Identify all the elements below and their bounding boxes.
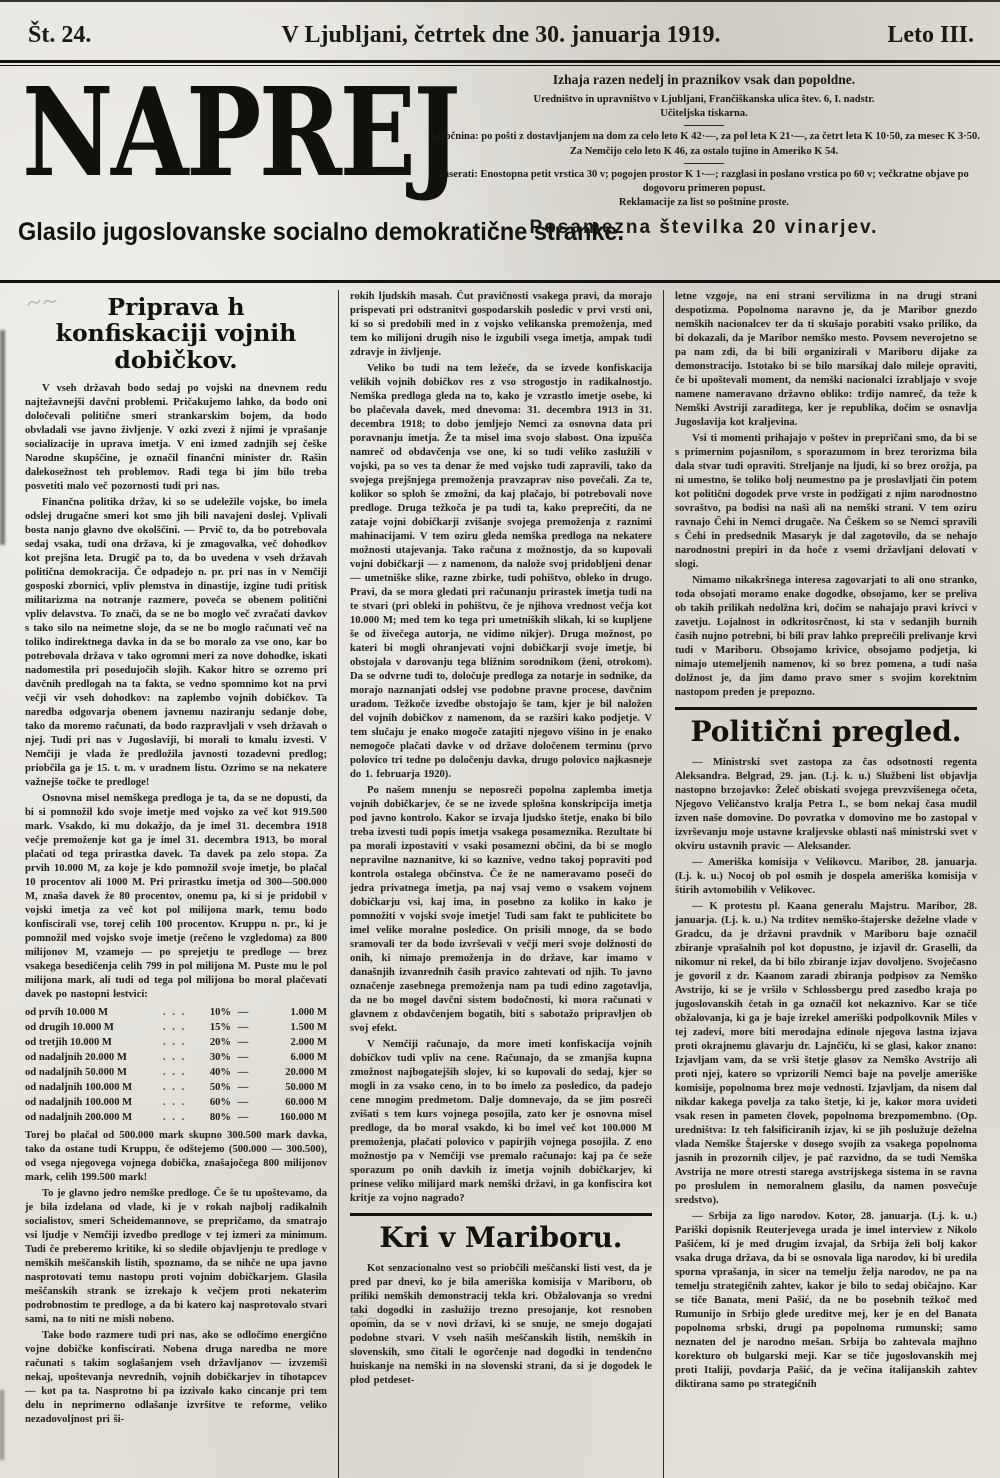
- body-paragraph: Po našem mnenju se neposreči popolna zap…: [350, 784, 652, 1036]
- section-divider: [350, 1213, 652, 1216]
- dot-leader: . . . . . . . . . .: [163, 1035, 191, 1050]
- article-headline: Politični pregled.: [683, 716, 969, 747]
- tax-bracket: od nadaljnih 100.000 M: [25, 1080, 163, 1095]
- tax-scale-row: od nadaljnih 50.000 M. . . . . . . . . .…: [25, 1065, 327, 1080]
- dot-leader: . . . . . . . . . .: [163, 1095, 191, 1110]
- dash-separator: —: [231, 1080, 255, 1095]
- tax-rate: 80%: [191, 1110, 231, 1125]
- body-paragraph: Kot senzacionalno vest so priobčili mešč…: [350, 1262, 652, 1388]
- section-divider: [675, 707, 977, 710]
- publication-info-panel: Izhaja razen nedelj in praznikov vsak da…: [422, 72, 986, 239]
- publication-schedule: Izhaja razen nedelj in praznikov vsak da…: [422, 72, 986, 88]
- body-paragraph: Take bodo razmere tudi pri nas, ako se o…: [25, 1329, 327, 1427]
- body-paragraph: V Nemčiji računajo, da more imeti konfis…: [350, 1038, 652, 1206]
- tax-amount: 20.000 M: [255, 1065, 327, 1080]
- page-header: Št. 24. V Ljubljani, četrtek dne 30. jan…: [28, 22, 974, 49]
- body-paragraph: Finančna politika držav, ki so se udelež…: [25, 496, 327, 790]
- dateline: V Ljubljani, četrtek dne 30. januarja 19…: [198, 22, 804, 49]
- column-1: Priprava h konfiskaciji vojnih dobičkov.…: [25, 290, 339, 1478]
- printer-name: Učiteljska tiskarna.: [422, 107, 986, 121]
- tax-amount: 50.000 M: [255, 1080, 327, 1095]
- tax-scale-row: od drugih 10.000 M. . . . . . . . . .15%…: [25, 1020, 327, 1035]
- body-paragraph: Nimamo nikakršnega interesa zagovarjati …: [675, 574, 977, 700]
- dash-separator: —: [231, 1020, 255, 1035]
- tax-bracket: od nadaljnih 50.000 M: [25, 1065, 163, 1080]
- dash-separator: —: [231, 1050, 255, 1065]
- tax-amount: 6.000 M: [255, 1050, 327, 1065]
- body-paragraph: Torej bo plačal od 500.000 mark skupno 3…: [25, 1129, 327, 1185]
- tax-amount: 160.000 M: [255, 1110, 327, 1125]
- dot-leader: . . . . . . . . . .: [163, 1080, 191, 1095]
- reclamation-notice: Reklamacije za list so poštnine proste.: [422, 196, 986, 210]
- dot-leader: . . . . . . . . . .: [163, 1005, 191, 1020]
- tax-rate: 10%: [191, 1005, 231, 1020]
- article-headline: Priprava h konfiskaciji vojnih dobičkov.: [33, 294, 319, 373]
- body-paragraph: letne vzgoje, na eni strani servilizma i…: [675, 290, 977, 430]
- dot-leader: . . . . . . . . . .: [163, 1050, 191, 1065]
- body-paragraph: — K protestu pl. Kaana generalu Majstru.…: [675, 900, 977, 1208]
- info-divider: [684, 163, 724, 164]
- tax-amount: 2.000 M: [255, 1035, 327, 1050]
- scan-edge-smudge: [0, 1390, 4, 1460]
- single-issue-price: Posamezna številka 20 vinarjev.: [422, 217, 986, 239]
- newspaper-front-page: Št. 24. V Ljubljani, četrtek dne 30. jan…: [0, 0, 1000, 1478]
- article-columns: Priprava h konfiskaciji vojnih dobičkov.…: [25, 290, 988, 1478]
- issue-number: Št. 24.: [28, 22, 198, 49]
- tax-bracket: od nadaljnih 200.000 M: [25, 1110, 163, 1125]
- body-paragraph: rokih ljudskih masah. Čut pravičnosti vs…: [350, 290, 652, 360]
- body-paragraph: To je glavno jedro nemške predloge. Če š…: [25, 1187, 327, 1327]
- dot-leader: . . . . . . . . . .: [163, 1065, 191, 1080]
- tax-rate: 20%: [191, 1035, 231, 1050]
- masthead: NAPREJ Glasilo jugoslovanske socialno de…: [0, 66, 1000, 283]
- body-paragraph: Veliko bo tudi na tem ležeče, da se izve…: [350, 362, 652, 782]
- scan-edge-smudge: [0, 330, 5, 545]
- body-paragraph: — Srbija za ligo narodov. Kotor, 28. jan…: [675, 1210, 977, 1392]
- info-divider: [684, 125, 724, 126]
- tax-scale-table: od prvih 10.000 M. . . . . . . . . .10%—…: [25, 1005, 327, 1125]
- dash-separator: —: [231, 1065, 255, 1080]
- volume-label: Leto III.: [804, 22, 974, 49]
- tax-rate: 40%: [191, 1065, 231, 1080]
- tax-scale-row: od nadaljnih 100.000 M. . . . . . . . . …: [25, 1095, 327, 1110]
- tax-scale-row: od tretjih 10.000 M. . . . . . . . . .20…: [25, 1035, 327, 1050]
- tax-bracket: od nadaljnih 20.000 M: [25, 1050, 163, 1065]
- tax-scale-row: od nadaljnih 100.000 M. . . . . . . . . …: [25, 1080, 327, 1095]
- tax-scale-row: od nadaljnih 200.000 M. . . . . . . . . …: [25, 1110, 327, 1125]
- advert-rates: Inserati: Enostopna petit vrstica 30 v; …: [422, 168, 986, 196]
- masthead-rule: [0, 280, 1000, 283]
- tax-rate: 15%: [191, 1020, 231, 1035]
- column-2: rokih ljudskih masah. Čut pravičnosti vs…: [339, 290, 664, 1478]
- tax-amount: 60.000 M: [255, 1095, 327, 1110]
- tax-amount: 1.000 M: [255, 1005, 327, 1020]
- column-3: letne vzgoje, na eni strani servilizma i…: [664, 290, 988, 1478]
- editorial-office-address: Uredništvo in upravništvo v Ljubljani, F…: [422, 93, 986, 107]
- body-paragraph: — Ministrski svet zastopa za čas odsotno…: [675, 756, 977, 854]
- tax-rate: 50%: [191, 1080, 231, 1095]
- subscription-rates: Naročnina: po pošti z dostavljanjem na d…: [422, 130, 986, 158]
- tax-bracket: od prvih 10.000 M: [25, 1005, 163, 1020]
- article-headline: Kri v Mariboru.: [358, 1222, 644, 1253]
- tax-bracket: od drugih 10.000 M: [25, 1020, 163, 1035]
- newspaper-title: NAPREJ: [22, 68, 458, 196]
- tax-rate: 60%: [191, 1095, 231, 1110]
- tax-bracket: od tretjih 10.000 M: [25, 1035, 163, 1050]
- dot-leader: . . . . . . . . . .: [163, 1020, 191, 1035]
- tax-bracket: od nadaljnih 100.000 M: [25, 1095, 163, 1110]
- body-paragraph: — Ameriška komisija v Velikovcu. Maribor…: [675, 856, 977, 898]
- body-paragraph: Vsi ti momenti prihajajo v poštev in pre…: [675, 432, 977, 572]
- dash-separator: —: [231, 1110, 255, 1125]
- tax-scale-row: od prvih 10.000 M. . . . . . . . . .10%—…: [25, 1005, 327, 1020]
- dash-separator: —: [231, 1095, 255, 1110]
- tax-rate: 30%: [191, 1050, 231, 1065]
- body-paragraph: V vseh državah bodo sedaj po vojski na d…: [25, 382, 327, 494]
- dash-separator: —: [231, 1005, 255, 1020]
- tax-scale-row: od nadaljnih 20.000 M. . . . . . . . . .…: [25, 1050, 327, 1065]
- dash-separator: —: [231, 1035, 255, 1050]
- body-paragraph: Osnovna misel nemškega predloga je ta, d…: [25, 792, 327, 1002]
- dot-leader: . . . . . . . . . .: [163, 1110, 191, 1125]
- tax-amount: 1.500 M: [255, 1020, 327, 1035]
